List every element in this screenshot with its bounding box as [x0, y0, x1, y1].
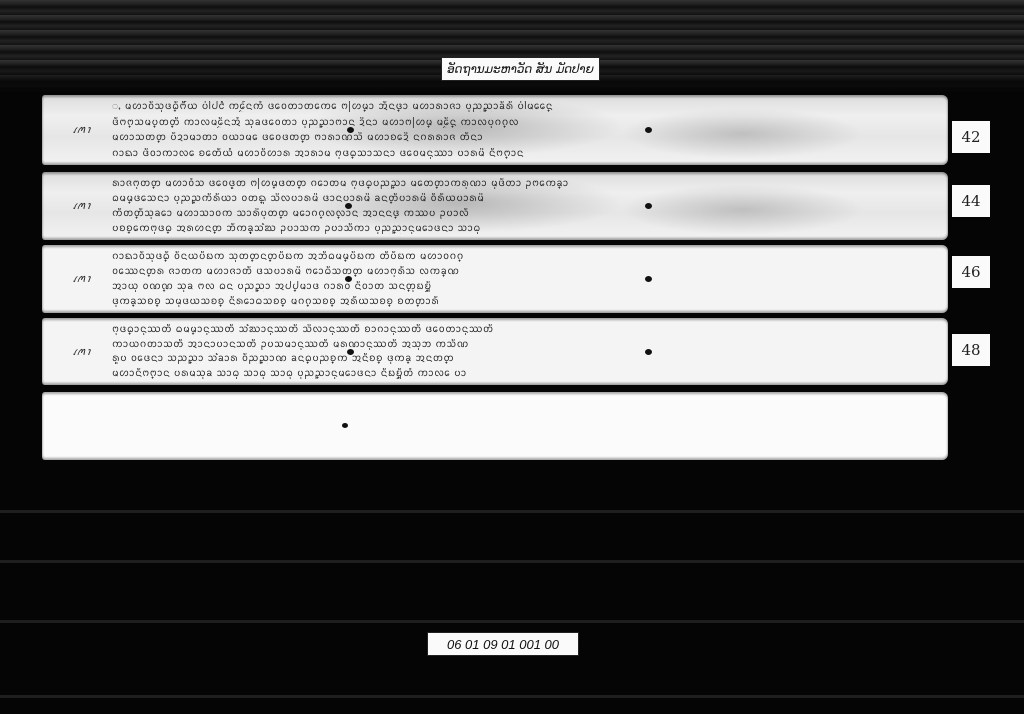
- palm-leaf-page-46: ꪹꪔꪱ ᨣᩣᨳᩣᩅᩥᩈᩩᨴ᩠ᨵᩥ ᩅᩥᨶᨿᨷᩥᨭᨠ ᩈᩩᨲ᩠ᨲᨶ᩠ᨲᨷᩥᨭᨠ ᩋ…: [42, 245, 948, 313]
- leaf-text-line: ᨠᩣᨿᨣᨲᩣᩈᨲᩥ ᩋᩣᨶᩣᨷᩣᨶᩈᨲᩥ ᩏᨷᩈᨾᩣᨶᩩᩔᨲᩥ ᨾᩁᨱᩣᨶᩩᩔᨲ…: [112, 339, 930, 350]
- palm-leaf-blank: [42, 392, 948, 460]
- page-number-label: 46: [952, 256, 990, 288]
- leaf-text-line: ᨵᨾ᩠ᨾᨴᩮᩈᨶᩣ ᨷᩩᨬ᩠ᨬᨠᩥᩁᩥᨿᩣ ᩅᨲ᩠ᨳᩩ ᩈᩦᩃᨷᩣᩁᨾᩦ ᨴᩣᨶ…: [112, 193, 930, 204]
- leaf-text-line: ᩅᩮᩔᨶ᩠ᨲᩁ ᨩᩣᨲᨠ ᨾᩉᩣᨩᩣᨲᩥ ᨴᩈᨷᩣᩁᨾᩦ ᨻᩮᩣᨵᩥᩈᨲ᩠ᨲ ᨾ…: [112, 266, 930, 277]
- leaf-text-line: ᨠᩥᨲ᩠ᨲᩥᩈᩩᨡᩮᩣ ᨾᩉᩣᩈᩣᩅᨠ ᩈᩣᩁᩦᨷᩩᨲ᩠ᨲ ᨾᩮᩣᨣ᩠ᨣᩃ᩠ᩃᩣ…: [112, 208, 930, 219]
- leaf-text-lines: ᩁᩣᨩᨻᩩᨲ᩠ᨲ ᨾᩉᩣᩅᩴᩈ ᨴᩮᩅᨴᩪᨲ ᨻᩕᩉ᩠ᨾᨴᨲ᩠ᨲ ᨣᩮᩣᨲᨾ ᨻ…: [112, 178, 930, 234]
- leaf-margin-mark: ꪹꪔꪱ: [72, 118, 91, 142]
- leaf-text-line: ᨷᨧ᩠ᨧᩮᨠᨻᩩᨴ᩠ᨵ ᩋᩁᩉᨶ᩠ᨲ ᨽᩥᨠ᩠ᨡᩩᩈᩘᨥ ᩏᨷᩣᩈᨠ ᩏᨷᩣᩈᩥ…: [112, 223, 930, 234]
- leaf-margin-mark: ꪹꪔꪱ: [72, 340, 91, 364]
- leaf-text-line: ᩁᩪᨷ ᩅᩮᨴᨶᩣ ᩈᨬ᩠ᨬᩣ ᩈᩘᨡᩣᩁ ᩅᩥᨬ᩠ᨬᩣᨱ ᨡᨶ᩠ᨵᨷᨬ᩠ᨧᨠ …: [112, 353, 930, 364]
- page-number-label: 48: [952, 334, 990, 366]
- leaf-text-line: ᩋᩣᨿᩩ ᩅᨱ᩠ᨱ ᩈᩩᨡ ᨻᩃ ᨵᨶ ᨷᨬ᩠ᨬᩣ ᩋᨸ᩠ᨸᨾᩣᨴ ᨣᩣᩁᩅ ᨶ…: [112, 281, 930, 292]
- scan-artifact-band: [0, 620, 1024, 623]
- binding-hole-icon: [645, 276, 652, 282]
- leaf-text-line: ꩻ ᨾᩉᩣᩅᩥᩈᩩᨴ᩠ᨵᩥᨻᩥ᩶ᨿ ᨷ᩵ᩤᨸᩱ᩵ ᨠᩮᩬ᩶ᨶᨠᩴ ᨴᩮᩅᨲᩣᨲᩮ…: [112, 101, 930, 112]
- binding-hole-icon: [347, 349, 354, 355]
- leaf-margin-mark: ꪹꪔꪱ: [72, 267, 91, 291]
- binding-hole-icon: [645, 349, 652, 355]
- catalog-code-label: 06 01 09 01 001 00: [427, 632, 579, 656]
- leaf-text-line: ᨴᩥᨻ᩠ᨻᩈᨾ᩠ᨷᨲ᩠ᨲᩥ ᨠᩣᩃᨾᩮᩬᩥᨶᩋᩴ ᩈᩩᨡᨴᩮᩅᨲᩣ ᨷᩩᨬ᩠ᨬᩣ…: [112, 117, 930, 128]
- leaf-text-line: ᩁᩣᨩᨻᩩᨲ᩠ᨲ ᨾᩉᩣᩅᩴᩈ ᨴᩮᩅᨴᩪᨲ ᨻᩕᩉ᩠ᨾᨴᨲ᩠ᨲ ᨣᩮᩣᨲᨾ ᨻ…: [112, 178, 930, 189]
- binding-hole-icon: [345, 203, 352, 209]
- manuscript-title-label: ອັດຖານມະຫາວັດ ສັນ ມັດປາຍ: [441, 57, 600, 81]
- binding-hole-icon: [345, 276, 352, 282]
- palm-leaf-page-48: ꪹꪔꪱ ᨻᩩᨴ᩠ᨵᩣᨶᩩᩔᨲᩥ ᨵᨾ᩠ᨾᩣᨶᩩᩔᨲᩥ ᩈᩘᨥᩣᨶᩩᩔᨲᩥ ᩈᩦᩃ…: [42, 318, 948, 385]
- leaf-text-line: ᨾᩉᩣᨶᩥᨻ᩠ᨻᩣᨶ ᨷᩁᨾᩈᩩᨡ ᩈᩣᨵᩩ ᩈᩣᨵᩩ ᩈᩣᨵᩩ ᨷᩩᨬ᩠ᨬᩣᨶ…: [112, 368, 930, 379]
- leaf-text-line: ᨻᩩᨴ᩠ᨵᩣᨶᩩᩔᨲᩥ ᨵᨾ᩠ᨾᩣᨶᩩᩔᨲᩥ ᩈᩘᨥᩣᨶᩩᩔᨲᩥ ᩈᩦᩃᩣᨶᩩᩔ…: [112, 324, 930, 335]
- palm-leaf-page-44: ꪹꪔꪱ ᩁᩣᨩᨻᩩᨲ᩠ᨲ ᨾᩉᩣᩅᩴᩈ ᨴᩮᩅᨴᩪᨲ ᨻᩕᩉ᩠ᨾᨴᨲ᩠ᨲ ᨣᩮᩣ…: [42, 172, 948, 240]
- leaf-margin-mark: ꪹꪔꪱ: [72, 194, 91, 218]
- scan-artifact-band: [0, 510, 1024, 513]
- scan-artifact-band: [0, 695, 1024, 698]
- palm-leaf-page-42: ꪹꪔꪱ ꩻ ᨾᩉᩣᩅᩥᩈᩩᨴ᩠ᨵᩥᨻᩥ᩶ᨿ ᨷ᩵ᩤᨸᩱ᩵ ᨠᩮᩬ᩶ᨶᨠᩴ ᨴᩮᩅ…: [42, 95, 948, 165]
- leaf-text-lines: ꩻ ᨾᩉᩣᩅᩥᩈᩩᨴ᩠ᨵᩥᨻᩥ᩶ᨿ ᨷ᩵ᩤᨸᩱ᩵ ᨠᩮᩬ᩶ᨶᨠᩴ ᨴᩮᩅᨲᩣᨲᩮ…: [112, 101, 930, 159]
- scan-artifact-band: [0, 560, 1024, 563]
- page-number-label: 44: [952, 185, 990, 217]
- leaf-text-lines: ᨻᩩᨴ᩠ᨵᩣᨶᩩᩔᨲᩥ ᨵᨾ᩠ᨾᩣᨶᩩᩔᨲᩥ ᩈᩘᨥᩣᨶᩩᩔᨲᩥ ᩈᩦᩃᩣᨶᩩᩔ…: [112, 324, 930, 379]
- leaf-text-lines: ᨣᩣᨳᩣᩅᩥᩈᩩᨴ᩠ᨵᩥ ᩅᩥᨶᨿᨷᩥᨭᨠ ᩈᩩᨲ᩠ᨲᨶ᩠ᨲᨷᩥᨭᨠ ᩋᨽᩥᨵᨾ…: [112, 251, 930, 307]
- binding-hole-icon: [645, 203, 652, 209]
- leaf-text-line: ᨴᩩᨠ᩠ᨡᩈᨧ᩠ᨧ ᩈᨾᩩᨴᨿᩈᨧ᩠ᨧ ᨶᩥᩁᩮᩣᨵᩈᨧ᩠ᨧ ᨾᨣ᩠ᨣᩈᨧ᩠ᨧ …: [112, 296, 930, 307]
- page-number-label: 42: [952, 121, 990, 153]
- leaf-text-line: ᨣᩣᨳᩣᩅᩥᩈᩩᨴ᩠ᨵᩥ ᩅᩥᨶᨿᨷᩥᨭᨠ ᩈᩩᨲ᩠ᨲᨶ᩠ᨲᨷᩥᨭᨠ ᩋᨽᩥᨵᨾ…: [112, 251, 930, 262]
- binding-hole-icon: [645, 127, 652, 133]
- leaf-text-line: ᨣᩣᨳᩣ ᨴᩥᩅᩣᨠᩣᩃᩮ ᨧᩮᨲᩥᨿᩴ ᨾᩉᩣᩅᩥᩉᩣᩁ ᩋᩣᩁᩣᨾ ᨻᩩᨴ᩠…: [112, 148, 930, 159]
- binding-hole-icon: [342, 423, 348, 428]
- leaf-text-line: ᨾᩉᩣᩈᨲ᩠ᨲ ᨷᩥᨯᩣᨾᩣᨲᩣ ᩅᨿᩣᨾᩮ ᨴᩮᩅᨴᨲ᩠ᨲ ᨻᩣᩁᩣᨱᩈᩦ ᨾ…: [112, 132, 930, 143]
- binding-hole-icon: [347, 127, 354, 133]
